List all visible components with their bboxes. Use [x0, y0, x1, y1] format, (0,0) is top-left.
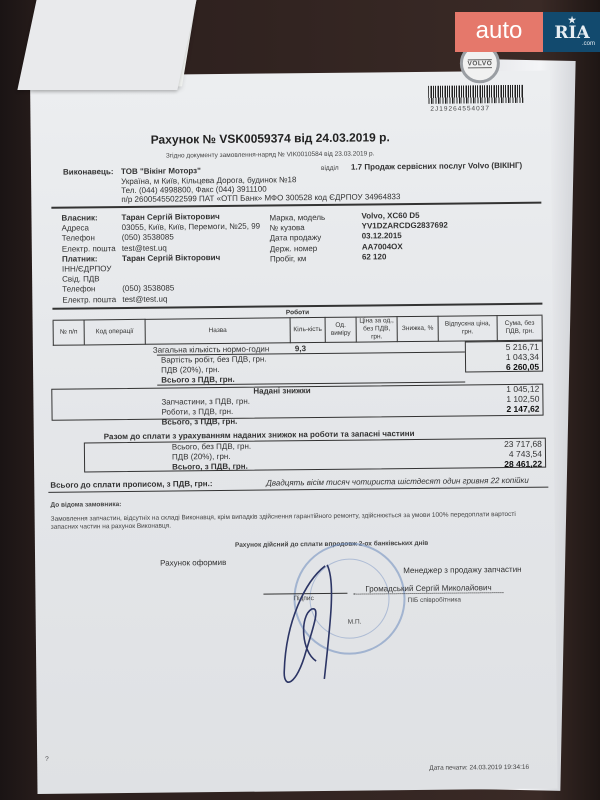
issued-by: Рахунок оформив [160, 558, 226, 568]
executor-label: Виконавець: [63, 167, 114, 177]
works-table-header: Роботи № п/п Код операції Назва Кіль-кіс… [52, 307, 542, 346]
vehicle-labels: Марка, модель № кузова Дата продажу Держ… [269, 213, 325, 265]
manager-title: Менеджер з продажу запчастин [403, 565, 521, 576]
owner-labels: Власник: Адреса Телефон Електр. пошта Пл… [61, 213, 116, 305]
page-number: ? [45, 756, 49, 763]
vehicle-values: Volvo, XC60 D5 YV1DZARCDG2837692 03.12.2… [361, 211, 448, 263]
grand-total: 28 461,22 [466, 459, 542, 470]
print-date: Дата печати: 24.03.2019 19:34:16 [429, 764, 529, 772]
executor-name: ТОВ "Вікінг Моторз" [121, 166, 201, 176]
invoice-paper: VOLVO 2J19264554037 Рахунок № VSK0059374… [30, 71, 557, 794]
folded-sheet [17, 0, 198, 90]
manager-name: Громадський Сергій Миколайович [365, 583, 491, 594]
barcode [428, 85, 523, 104]
in-words-label: Всього до сплати прописом, з ПДВ, грн.: [50, 479, 212, 490]
signature-scribble [275, 561, 366, 692]
owner-address: 03055, Київ, Київ, Перемоги, №25, 99 [122, 222, 261, 234]
notice-title: До відома замовника: [50, 501, 121, 509]
dept-label: відділ [321, 165, 339, 172]
invoice-title: Рахунок № VSK0059374 від 24.03.2019 р. [151, 130, 390, 147]
dept-value: 1.7 Продаж сервісних послуг Volvo (ВІКІН… [351, 161, 522, 172]
name-label: ПІБ співробітника [407, 597, 460, 605]
autoria-watermark: auto ★ RIA .com [455, 12, 600, 52]
vehicle-mileage: 62 120 [362, 251, 448, 262]
payer-email: test@test.uq [122, 293, 261, 305]
owner-values: Таран Сергій Вікторович 03055, Київ, Киї… [121, 212, 260, 305]
vehicle-vin: YV1DZARCDG2837692 [362, 221, 448, 232]
barcode-number: 2J19264554037 [430, 105, 490, 113]
invoice-subtitle: Згідно документу замовлення-наряд № VIK0… [166, 150, 375, 159]
notice-text: Замовлення запчастин, відсутніх на склад… [51, 511, 521, 532]
